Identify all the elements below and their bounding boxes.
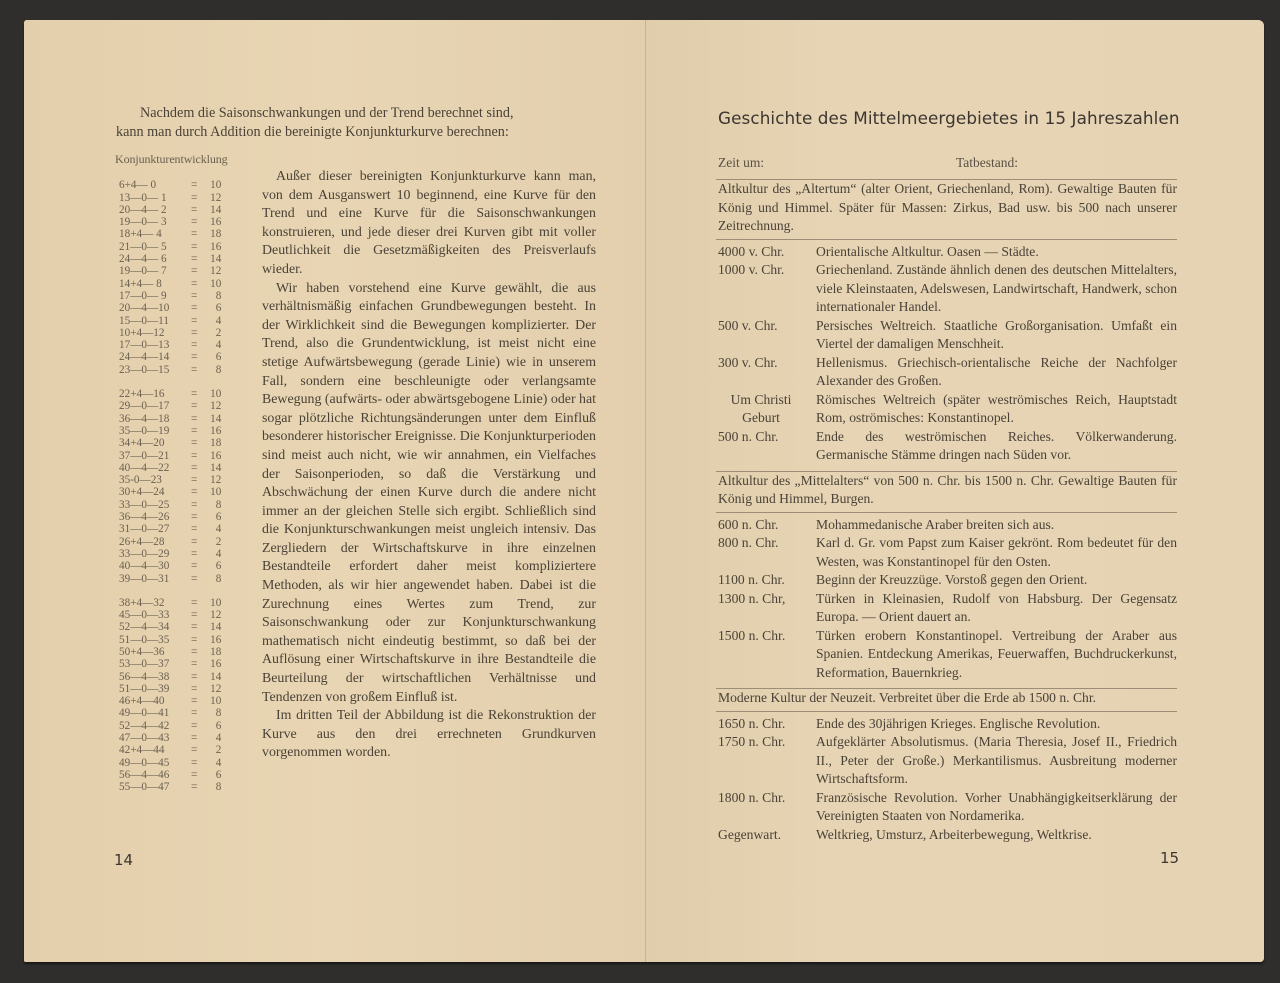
calculation-result: 12 — [197, 192, 221, 204]
timeline-date: Gegenwart. — [716, 826, 816, 845]
calculation-lhs: 46+4—40 — [115, 695, 191, 707]
calculation-result: 6 — [197, 720, 221, 732]
calculation-row: 52—4—42=6 — [115, 720, 265, 732]
right-page: Geschichte des Mittelmeergebietes in 15 … — [646, 20, 1264, 962]
calculation-result: 8 — [197, 707, 221, 719]
calculation-result: 10 — [197, 695, 221, 707]
timeline-date: 800 n. Chr. — [716, 534, 816, 571]
timeline-event: Ende des 30jährigen Krieges. Englische R… — [816, 715, 1177, 734]
timeline-row: 4000 v. Chr.Orientalische Altkultur. Oas… — [716, 243, 1177, 262]
timeline-event: Weltkrieg, Umsturz, Arbeiterbewegung, We… — [816, 826, 1177, 845]
page-number-left: 14 — [114, 851, 133, 869]
calculation-row: 22+4—16=10 — [115, 388, 265, 400]
calculation-lhs: 37—0—21 — [115, 450, 191, 462]
calculation-row: 13—0— 1=12 — [115, 192, 265, 204]
timeline-date: 500 v. Chr. — [716, 317, 816, 354]
calculation-lhs: 21—0— 5 — [115, 241, 191, 253]
calculation-lhs: 56—4—46 — [115, 769, 191, 781]
calculation-lhs: 17—0— 9 — [115, 290, 191, 302]
calculation-lhs: 39—0—31 — [115, 573, 191, 585]
timeline-row: 500 v. Chr.Persisches Weltreich. Staatli… — [716, 317, 1177, 354]
timeline-event: Ende des weströmischen Reiches. Völkerwa… — [816, 428, 1177, 465]
timeline-row: 800 n. Chr.Karl d. Gr. vom Papst zum Kai… — [716, 534, 1177, 571]
calculation-row: 42+4—44=2 — [115, 744, 265, 756]
timeline-event: Karl d. Gr. vom Papst zum Kaiser gekrönt… — [816, 534, 1177, 571]
calculation-result: 12 — [197, 400, 221, 412]
calculation-row: 10+4—12=2 — [115, 327, 265, 339]
timeline-event: Hellenismus. Griechisch-orientalische Re… — [816, 354, 1177, 391]
era-heading: Moderne Kultur der Neuzeit. Verbreitet ü… — [716, 688, 1177, 709]
calculation-row: 35—0—19=16 — [115, 425, 265, 437]
calculation-row: 36—4—26=6 — [115, 511, 265, 523]
calculation-row: 51—0—39=12 — [115, 683, 265, 695]
calculation-result: 6 — [197, 302, 221, 314]
calculation-row: 49—0—41=8 — [115, 707, 265, 719]
timeline-event: Griechenland. Zustände ähnlich denen des… — [816, 261, 1177, 317]
calculation-result: 18 — [197, 228, 221, 240]
calculation-row: 20—4—10=6 — [115, 302, 265, 314]
calculation-lhs: 35—0—19 — [115, 425, 191, 437]
page-title: Geschichte des Mittelmeergebietes in 15 … — [718, 108, 1180, 128]
calculation-row: 52—4—34=14 — [115, 621, 265, 633]
timeline-row: 600 n. Chr.Mohammedanische Araber breite… — [716, 516, 1177, 535]
calculation-row: 34+4—20=18 — [115, 437, 265, 449]
calculation-row: 39—0—31=8 — [115, 573, 265, 585]
timeline-date: 1650 n. Chr. — [716, 715, 816, 734]
timeline-row: 300 v. Chr.Hellenismus. Griechisch-orien… — [716, 354, 1177, 391]
calculation-row: 21—0— 5=16 — [115, 241, 265, 253]
calculation-result: 16 — [197, 241, 221, 253]
calculation-row: 24—4—14=6 — [115, 351, 265, 363]
calculation-lhs: 42+4—44 — [115, 744, 191, 756]
calculation-lhs: 23—0—15 — [115, 364, 191, 376]
intro-line-2: kann man durch Addition die bereinigte K… — [116, 123, 596, 142]
calculation-lhs: 31—0—27 — [115, 523, 191, 535]
calculation-result: 4 — [197, 315, 221, 327]
timeline-row: 1750 n. Chr.Aufgeklärter Absolutismus. (… — [716, 733, 1177, 789]
calculation-lhs: 30+4—24 — [115, 486, 191, 498]
calculation-row: 40—4—30=6 — [115, 560, 265, 572]
calculation-lhs: 14+4— 8 — [115, 278, 191, 290]
calculation-row: 38+4—32=10 — [115, 597, 265, 609]
calculation-result: 14 — [197, 204, 221, 216]
calculation-lhs: 40—4—22 — [115, 462, 191, 474]
timeline-date: 1750 n. Chr. — [716, 733, 816, 789]
calculation-row: 37—0—21=16 — [115, 450, 265, 462]
timeline-date: 1500 n. Chr. — [716, 627, 816, 683]
calculation-row: 26+4—28=2 — [115, 536, 265, 548]
calculation-lhs: 19—0— 3 — [115, 216, 191, 228]
calculation-group: 6+4— 0=1013—0— 1=1220—4— 2=1419—0— 3=161… — [115, 179, 265, 376]
calculation-result: 14 — [197, 671, 221, 683]
calculation-result: 14 — [197, 413, 221, 425]
calculation-row: 15—0—11=4 — [115, 315, 265, 327]
calculation-result: 10 — [197, 278, 221, 290]
calculation-result: 18 — [197, 437, 221, 449]
era-entries: 1650 n. Chr.Ende des 30jährigen Krieges.… — [716, 711, 1177, 851]
timeline-table: Altkultur des „Altertum“ (alter Orient, … — [716, 179, 1177, 850]
timeline-event: Türken in Kleinasien, Rudolf von Habsbur… — [816, 590, 1177, 627]
calculation-lhs: 53—0—37 — [115, 658, 191, 670]
calculation-lhs: 20—4— 2 — [115, 204, 191, 216]
calculation-label: Konjunkturentwicklung — [115, 153, 265, 165]
timeline-event: Aufgeklärter Absolutismus. (Maria Theres… — [816, 733, 1177, 789]
calculation-result: 2 — [197, 536, 221, 548]
calculation-row: 31—0—27=4 — [115, 523, 265, 535]
calculation-row: 33—0—25=8 — [115, 499, 265, 511]
calculation-result: 8 — [197, 781, 221, 793]
intro-line-1: Nachdem die Saisonschwankungen und der T… — [116, 104, 596, 123]
calculation-row: 40—4—22=14 — [115, 462, 265, 474]
open-book-spread: Nachdem die Saisonschwankungen und der T… — [24, 20, 1264, 962]
calculation-lhs: 51—0—35 — [115, 634, 191, 646]
timeline-row: 1800 n. Chr.Französische Revolution. Vor… — [716, 789, 1177, 826]
calculation-result: 2 — [197, 744, 221, 756]
calculation-result: 16 — [197, 425, 221, 437]
calculation-column: Konjunkturentwicklung 6+4— 0=1013—0— 1=1… — [115, 153, 265, 806]
calculation-row: 30+4—24=10 — [115, 486, 265, 498]
calculation-row: 19—0— 3=16 — [115, 216, 265, 228]
calculation-row: 18+4— 4=18 — [115, 228, 265, 240]
calculation-result: 6 — [197, 560, 221, 572]
column-header-zeit: Zeit um: — [718, 155, 764, 171]
calculation-lhs: 33—0—29 — [115, 548, 191, 560]
calculation-row: 46+4—40=10 — [115, 695, 265, 707]
calculation-lhs: 6+4— 0 — [115, 179, 191, 191]
calculation-row: 29—0—17=12 — [115, 400, 265, 412]
calculation-lhs: 52—4—34 — [115, 621, 191, 633]
calculation-row: 23—0—15=8 — [115, 364, 265, 376]
calculation-lhs: 24—4— 6 — [115, 253, 191, 265]
timeline-date: 500 n. Chr. — [716, 428, 816, 465]
calculation-result: 18 — [197, 646, 221, 658]
calculation-lhs: 52—4—42 — [115, 720, 191, 732]
calculation-result: 16 — [197, 634, 221, 646]
paragraph-1: Außer dieser bereinigten Konjunkturkurve… — [262, 168, 596, 280]
timeline-event: Orientalische Altkultur. Oasen — Städte. — [816, 243, 1177, 262]
calculation-row: 24—4— 6=14 — [115, 253, 265, 265]
timeline-row: 1300 n. Chr,Türken in Kleinasien, Rudolf… — [716, 590, 1177, 627]
calculation-lhs: 22+4—16 — [115, 388, 191, 400]
timeline-event: Mohammedanische Araber breiten sich aus. — [816, 516, 1177, 535]
calculation-result: 4 — [197, 548, 221, 560]
calculation-lhs: 50+4—36 — [115, 646, 191, 658]
calculation-lhs: 17—0—13 — [115, 339, 191, 351]
calculation-result: 12 — [197, 474, 221, 486]
page-number-right: 15 — [1160, 849, 1179, 867]
calculation-row: 53—0—37=16 — [115, 658, 265, 670]
calculation-result: 8 — [197, 499, 221, 511]
calculation-row: 17—0—13=4 — [115, 339, 265, 351]
calculation-lhs: 34+4—20 — [115, 437, 191, 449]
calculation-result: 2 — [197, 327, 221, 339]
calculation-lhs: 35-0—23 — [115, 474, 191, 486]
calculation-result: 16 — [197, 658, 221, 670]
calculation-lhs: 55—0—47 — [115, 781, 191, 793]
calculation-row: 17—0— 9=8 — [115, 290, 265, 302]
timeline-event: Französische Revolution. Vorher Unabhäng… — [816, 789, 1177, 826]
calculation-result: 4 — [197, 732, 221, 744]
calculation-lhs: 19—0— 7 — [115, 265, 191, 277]
calculation-group: 22+4—16=1029—0—17=1236—4—18=1435—0—19=16… — [115, 388, 265, 585]
calculation-result: 10 — [197, 597, 221, 609]
calculation-result: 4 — [197, 523, 221, 535]
calculation-result: 16 — [197, 450, 221, 462]
calculation-lhs: 40—4—30 — [115, 560, 191, 572]
calculation-lhs: 51—0—39 — [115, 683, 191, 695]
calculation-lhs: 26+4—28 — [115, 536, 191, 548]
timeline-row: 1650 n. Chr.Ende des 30jährigen Krieges.… — [716, 715, 1177, 734]
timeline-event: Türken erobern Konstantinopel. Vertreibu… — [816, 627, 1177, 683]
calculation-result: 14 — [197, 621, 221, 633]
calculation-lhs: 49—0—41 — [115, 707, 191, 719]
calculation-lhs: 49—0—45 — [115, 757, 191, 769]
era-heading: Altkultur des „Mittelalters“ von 500 n. … — [716, 471, 1177, 510]
calculation-result: 6 — [197, 769, 221, 781]
calculation-row: 56—4—46=6 — [115, 769, 265, 781]
paragraph-2: Wir haben vorstehend eine Kurve gewählt,… — [262, 280, 596, 708]
intro-paragraph: Nachdem die Saisonschwankungen und der T… — [116, 104, 596, 142]
calculation-lhs: 36—4—18 — [115, 413, 191, 425]
calculation-row: 56—4—38=14 — [115, 671, 265, 683]
calculation-result: 14 — [197, 462, 221, 474]
timeline-event: Römisches Weltreich (später weströmische… — [816, 391, 1177, 428]
calculation-row: 55—0—47=8 — [115, 781, 265, 793]
timeline-row: 1000 v. Chr.Griechenland. Zustände ähnli… — [716, 261, 1177, 317]
timeline-date: 1800 n. Chr. — [716, 789, 816, 826]
calculation-result: 6 — [197, 351, 221, 363]
calculation-groups: 6+4— 0=1013—0— 1=1220—4— 2=1419—0— 3=161… — [115, 179, 265, 793]
timeline-row: Um Christi GeburtRömisches Weltreich (sp… — [716, 391, 1177, 428]
calculation-result: 8 — [197, 573, 221, 585]
timeline-event: Beginn der Kreuzzüge. Vorstoß gegen den … — [816, 571, 1177, 590]
calculation-result: 6 — [197, 511, 221, 523]
timeline-row: 500 n. Chr.Ende des weströmischen Reiche… — [716, 428, 1177, 465]
calculation-row: 6+4— 0=10 — [115, 179, 265, 191]
calculation-lhs: 38+4—32 — [115, 597, 191, 609]
calculation-lhs: 33—0—25 — [115, 499, 191, 511]
body-text-column: Außer dieser bereinigten Konjunkturkurve… — [262, 168, 596, 763]
calculation-result: 4 — [197, 339, 221, 351]
column-header-tatbestand: Tatbestand: — [956, 155, 1018, 171]
timeline-date: Um Christi Geburt — [716, 391, 816, 428]
calculation-row: 51—0—35=16 — [115, 634, 265, 646]
calculation-result: 4 — [197, 757, 221, 769]
calculation-lhs: 56—4—38 — [115, 671, 191, 683]
calculation-result: 8 — [197, 290, 221, 302]
calculation-result: 16 — [197, 216, 221, 228]
calculation-row: 49—0—45=4 — [115, 757, 265, 769]
calculation-row: 45—0—33=12 — [115, 609, 265, 621]
calculation-row: 14+4— 8=10 — [115, 278, 265, 290]
calculation-lhs: 15—0—11 — [115, 315, 191, 327]
era-heading: Altkultur des „Altertum“ (alter Orient, … — [716, 179, 1177, 237]
calculation-row: 33—0—29=4 — [115, 548, 265, 560]
calculation-result: 12 — [197, 683, 221, 695]
era-entries: 4000 v. Chr.Orientalische Altkultur. Oas… — [716, 239, 1177, 471]
timeline-date: 1100 n. Chr. — [716, 571, 816, 590]
calculation-lhs: 29—0—17 — [115, 400, 191, 412]
timeline-date: 300 v. Chr. — [716, 354, 816, 391]
timeline-row: 1100 n. Chr.Beginn der Kreuzzüge. Vorsto… — [716, 571, 1177, 590]
calculation-row: 19—0— 7=12 — [115, 265, 265, 277]
left-page: Nachdem die Saisonschwankungen und der T… — [24, 20, 646, 962]
calculation-row: 35-0—23=12 — [115, 474, 265, 486]
calculation-group: 38+4—32=1045—0—33=1252—4—34=1451—0—35=16… — [115, 597, 265, 794]
timeline-date: 4000 v. Chr. — [716, 243, 816, 262]
calculation-result: 14 — [197, 253, 221, 265]
timeline-date: 1300 n. Chr, — [716, 590, 816, 627]
calculation-row: 20—4— 2=14 — [115, 204, 265, 216]
calculation-lhs: 20—4—10 — [115, 302, 191, 314]
paragraph-3: Im dritten Teil der Abbildung ist die Re… — [262, 707, 596, 763]
calculation-lhs: 13—0— 1 — [115, 192, 191, 204]
timeline-row: 1500 n. Chr.Türken erobern Konstantinope… — [716, 627, 1177, 683]
calculation-lhs: 47—0—43 — [115, 732, 191, 744]
calculation-result: 12 — [197, 609, 221, 621]
timeline-date: 1000 v. Chr. — [716, 261, 816, 317]
calculation-row: 50+4—36=18 — [115, 646, 265, 658]
calculation-result: 12 — [197, 265, 221, 277]
calculation-result: 10 — [197, 486, 221, 498]
calculation-result: 8 — [197, 364, 221, 376]
timeline-event: Persisches Weltreich. Staatliche Großorg… — [816, 317, 1177, 354]
calculation-lhs: 45—0—33 — [115, 609, 191, 621]
calculation-lhs: 18+4— 4 — [115, 228, 191, 240]
calculation-row: 47—0—43=4 — [115, 732, 265, 744]
era-entries: 600 n. Chr.Mohammedanische Araber breite… — [716, 512, 1177, 689]
calculation-row: 36—4—18=14 — [115, 413, 265, 425]
timeline-date: 600 n. Chr. — [716, 516, 816, 535]
calculation-lhs: 10+4—12 — [115, 327, 191, 339]
calculation-result: 10 — [197, 179, 221, 191]
calculation-lhs: 36—4—26 — [115, 511, 191, 523]
calculation-result: 10 — [197, 388, 221, 400]
calculation-lhs: 24—4—14 — [115, 351, 191, 363]
timeline-row: Gegenwart.Weltkrieg, Umsturz, Arbeiterbe… — [716, 826, 1177, 845]
